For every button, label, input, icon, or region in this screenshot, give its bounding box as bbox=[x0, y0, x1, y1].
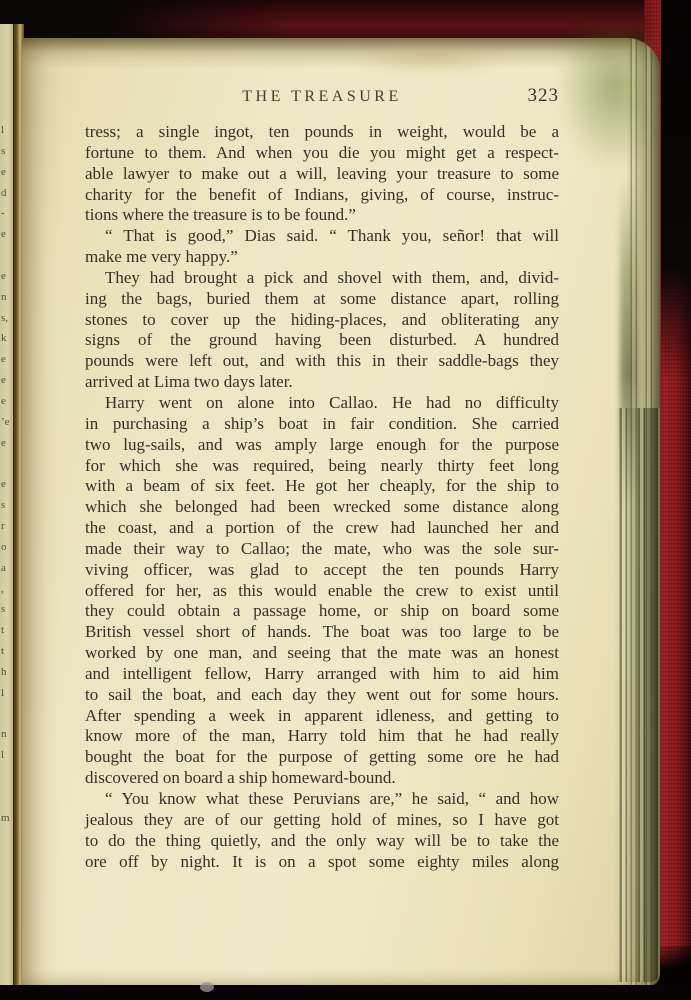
page-header: THE TREASURE 323 bbox=[85, 88, 559, 110]
text-line: Harry went on alone into Callao. He had … bbox=[85, 393, 559, 414]
left-edge-letter: t bbox=[1, 641, 13, 662]
left-edge-letter: e bbox=[1, 474, 13, 495]
left-edge-letter: l bbox=[1, 683, 13, 704]
left-edge-letter bbox=[1, 704, 13, 725]
text-line: They had brought a pick and shovel with … bbox=[85, 268, 559, 289]
left-edge-letter: s, bbox=[1, 308, 13, 329]
left-edge-letter: e bbox=[1, 433, 13, 454]
text-line: fortune to them. And when you die you mi… bbox=[85, 143, 559, 164]
left-edge-letter: d bbox=[1, 183, 13, 204]
left-edge-letter: s bbox=[1, 599, 13, 620]
left-edge-letter: - bbox=[1, 203, 13, 224]
left-edge-letter: o bbox=[1, 537, 13, 558]
book-photo: { "palette": { "paper": "#efe7c4", "ink"… bbox=[0, 0, 691, 1000]
background-shadow-top-right bbox=[661, 0, 691, 380]
text-line: to sail the boat, and each day they went… bbox=[85, 685, 559, 706]
text-line: jealous they are of our getting hold of … bbox=[85, 810, 559, 831]
background-highlight-speck bbox=[200, 982, 214, 992]
left-edge-letter: e bbox=[1, 391, 13, 412]
book-page: THE TREASURE 323 tress; a single ingot, … bbox=[22, 38, 660, 986]
running-title: THE TREASURE bbox=[85, 88, 559, 106]
text-line: signs of the ground having been disturbe… bbox=[85, 330, 559, 351]
text-line: bought the boat for the purpose of getti… bbox=[85, 747, 559, 768]
left-edge-letter bbox=[1, 787, 13, 808]
left-edge-column: lsed-eens,keee’eeesroa,stthlnlm bbox=[1, 120, 13, 870]
left-edge-letter: ’e bbox=[1, 412, 13, 433]
tan-stain bbox=[352, 44, 512, 74]
left-edge-letter: e bbox=[1, 370, 13, 391]
page-fore-edge-lower bbox=[614, 408, 660, 982]
left-edge-letter: m bbox=[1, 808, 13, 829]
text-line: with a beam of six feet. He got her chea… bbox=[85, 476, 559, 497]
left-edge-letter bbox=[1, 850, 13, 871]
page-content: THE TREASURE 323 tress; a single ingot, … bbox=[85, 88, 559, 872]
paragraph: Harry went on alone into Callao. He had … bbox=[85, 393, 559, 789]
left-edge-letter: k bbox=[1, 328, 13, 349]
text-line: charity for the benefit of Indians, givi… bbox=[85, 185, 559, 206]
page-number: 323 bbox=[528, 85, 560, 107]
text-line: made their way to Callao; the mate, who … bbox=[85, 539, 559, 560]
text-line: and intelligent fellow, Harry arranged w… bbox=[85, 664, 559, 685]
text-line: tress; a single ingot, ten pounds in wei… bbox=[85, 122, 559, 143]
left-edge-letter: e bbox=[1, 266, 13, 287]
left-edge-letter: s bbox=[1, 141, 13, 162]
text-line: two lug-sails, and was amply large enoug… bbox=[85, 435, 559, 456]
text-line: worked by one man, and seeing that the m… bbox=[85, 643, 559, 664]
left-edge-letter: e bbox=[1, 162, 13, 183]
text-line: pounds were left out, and with this in t… bbox=[85, 351, 559, 372]
text-line: offered for her, as this would enable th… bbox=[85, 581, 559, 602]
background-bottom-strip bbox=[0, 985, 691, 1000]
paragraph: “ That is good,” Dias said. “ Thank you,… bbox=[85, 226, 559, 268]
text-line: viving officer, was glad to accept the t… bbox=[85, 560, 559, 581]
left-edge-letter: t bbox=[1, 620, 13, 641]
text-line: able lawyer to make out a will, leaving … bbox=[85, 164, 559, 185]
left-edge-letter: l bbox=[1, 745, 13, 766]
left-edge-letter: s bbox=[1, 495, 13, 516]
paragraph: tress; a single ingot, ten pounds in wei… bbox=[85, 122, 559, 226]
text-line: “ That is good,” Dias said. “ Thank you,… bbox=[85, 226, 559, 247]
left-edge-letter bbox=[1, 766, 13, 787]
left-edge-letter: , bbox=[1, 579, 13, 600]
text-line: in purchasing a ship’s boat in fair cond… bbox=[85, 414, 559, 435]
text-block: tress; a single ingot, ten pounds in wei… bbox=[85, 122, 559, 872]
left-edge-letter: h bbox=[1, 662, 13, 683]
text-line: stones to cover up the hiding-places, an… bbox=[85, 310, 559, 331]
left-edge-letter: n bbox=[1, 724, 13, 745]
left-edge-letter bbox=[1, 829, 13, 850]
left-edge-letter bbox=[1, 245, 13, 266]
facing-page-edge: lsed-eens,keee’eeesroa,stthlnlm bbox=[0, 24, 14, 1000]
text-line: which she belonged had been wrecked some… bbox=[85, 497, 559, 518]
text-line: arrived at Lima two days later. bbox=[85, 372, 559, 393]
left-edge-letter: r bbox=[1, 516, 13, 537]
text-line: to do the thing quietly, and the only wa… bbox=[85, 831, 559, 852]
left-edge-letter: l bbox=[1, 120, 13, 141]
text-line: “ You know what these Peruvians are,” he… bbox=[85, 789, 559, 810]
text-line: make me very happy.” bbox=[85, 247, 559, 268]
text-line: discovered on board a ship homeward-boun… bbox=[85, 768, 559, 789]
left-edge-letter: e bbox=[1, 224, 13, 245]
text-line: tions where the treasure is to be found.… bbox=[85, 205, 559, 226]
left-edge-letter: a bbox=[1, 558, 13, 579]
text-line: for which she was required, being nearly… bbox=[85, 456, 559, 477]
text-line: After spending a week in apparent idlene… bbox=[85, 706, 559, 727]
left-edge-letter: e bbox=[1, 349, 13, 370]
paragraph: They had brought a pick and shovel with … bbox=[85, 268, 559, 393]
text-line: the coast, and a portion of the crew had… bbox=[85, 518, 559, 539]
text-line: ore off by night. It is on a spot some e… bbox=[85, 852, 559, 873]
paragraph: “ You know what these Peruvians are,” he… bbox=[85, 789, 559, 872]
text-line: British vessel short of hands. The boat … bbox=[85, 622, 559, 643]
left-edge-letter: n bbox=[1, 287, 13, 308]
left-edge-letter bbox=[1, 454, 13, 475]
text-line: know more of the man, Harry told him tha… bbox=[85, 726, 559, 747]
text-line: ing the bags, buried them at some distan… bbox=[85, 289, 559, 310]
text-line: they could obtain a passage home, or shi… bbox=[85, 601, 559, 622]
